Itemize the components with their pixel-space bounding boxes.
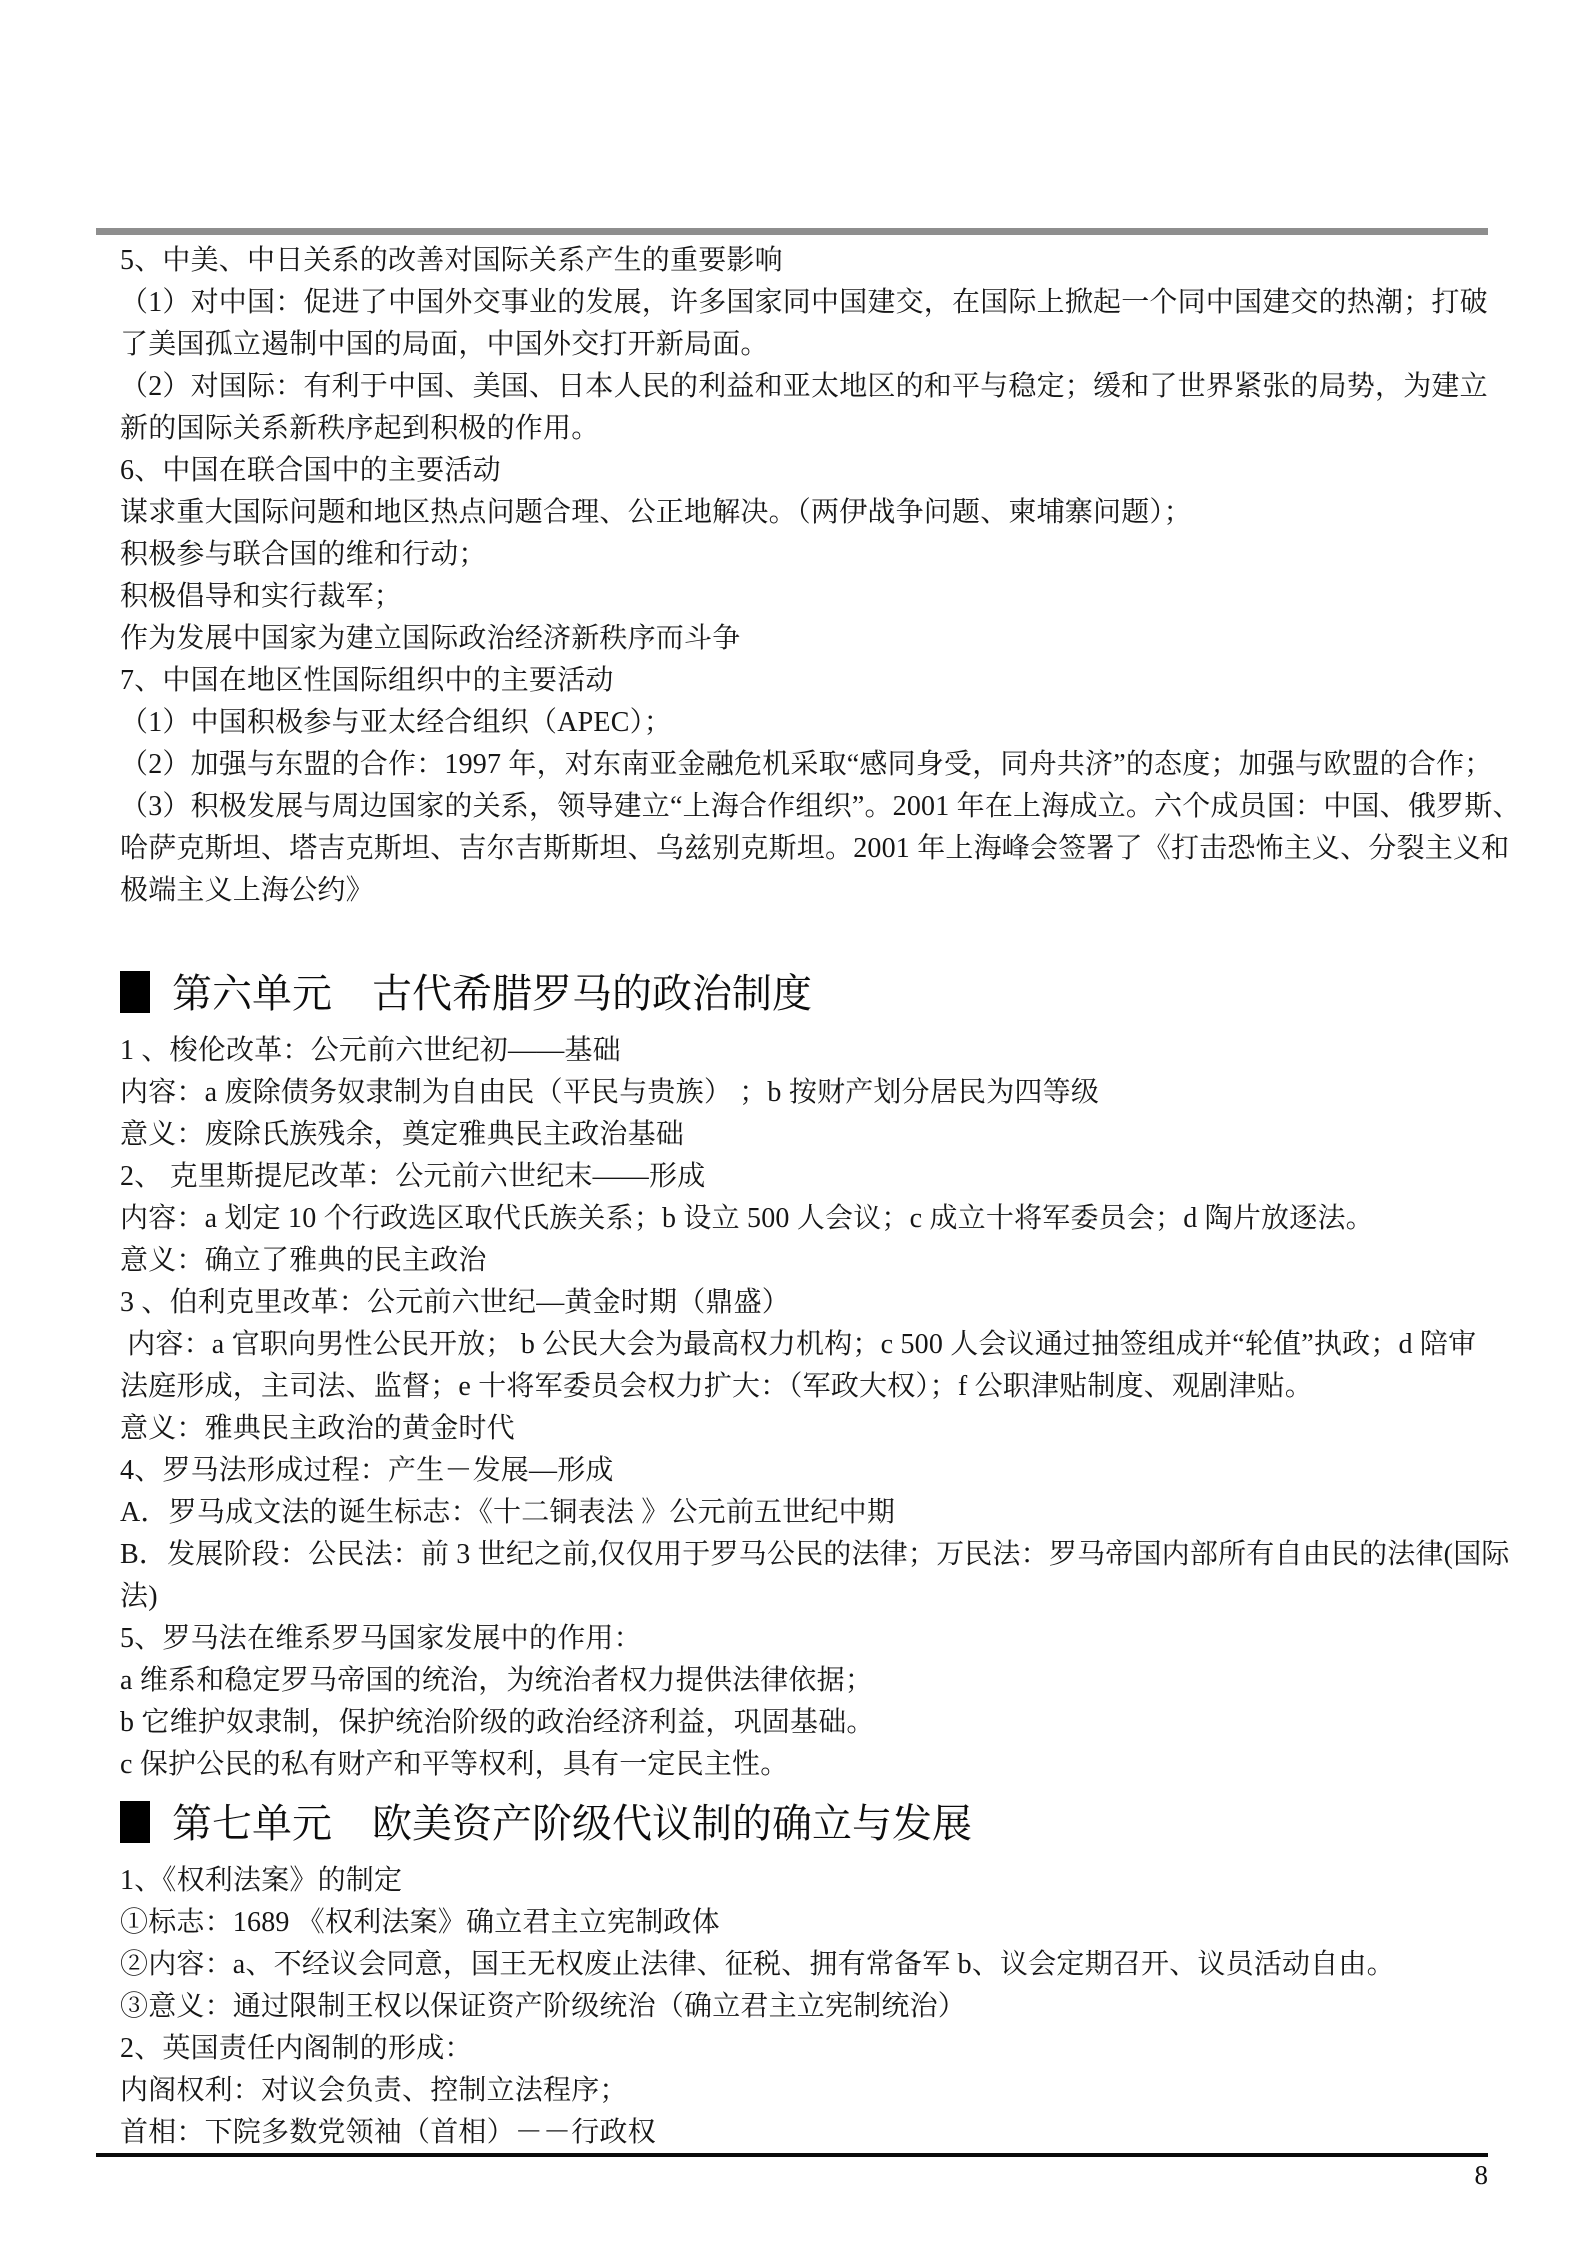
text-line: ③意义：通过限制王权以保证资产阶级统治（确立君主立宪制统治）	[120, 1986, 1500, 2028]
text-line: 6、中国在联合国中的主要活动	[120, 450, 1500, 492]
text-line: 首相：下院多数党领袖（首相）－－行政权	[120, 2112, 1500, 2154]
text-line: 2、 克里斯提尼改革：公元前六世纪末——形成	[120, 1156, 1500, 1198]
text-line: （1）对中国：促进了中国外交事业的发展，许多国家同中国建交，在国际上掀起一个同中…	[120, 282, 1500, 324]
text-line: 意义：确立了雅典的民主政治	[120, 1240, 1500, 1282]
text-line: 积极倡导和实行裁军；	[120, 576, 1500, 618]
text-line: 内阁权利：对议会负责、控制立法程序；	[120, 2070, 1500, 2112]
text-line: 3 、伯利克里改革：公元前六世纪—黄金时期（鼎盛）	[120, 1282, 1500, 1324]
text-line: ①标志：1689 《权利法案》确立君主立宪制政体	[120, 1902, 1500, 1944]
document-body: 5、中美、中日关系的改善对国际关系产生的重要影响（1）对中国：促进了中国外交事业…	[120, 240, 1500, 2154]
bottom-divider	[96, 2153, 1488, 2157]
text-line: 内容：a 划定 10 个行政选区取代氏族关系；b 设立 500 人会议；c 成立…	[120, 1198, 1500, 1240]
text-line: A．罗马成文法的诞生标志：《十二铜表法 》公元前五世纪中期	[120, 1492, 1500, 1534]
text-line: 内容：a 官职向男性公民开放； b 公民大会为最高权力机构；c 500 人会议通…	[120, 1324, 1500, 1366]
text-line: 5、罗马法在维系罗马国家发展中的作用：	[120, 1618, 1500, 1660]
section-heading: 第六单元 古代希腊罗马的政治制度	[120, 970, 1500, 1018]
text-line: （2）加强与东盟的合作：1997 年，对东南亚金融危机采取“感同身受，同舟共济”…	[120, 744, 1500, 786]
text-line: c 保护公民的私有财产和平等权利，具有一定民主性。	[120, 1744, 1500, 1786]
text-line: 内容：a 废除债务奴隶制为自由民（平民与贵族） ；b 按财产划分居民为四等级	[120, 1072, 1500, 1114]
text-line: 1 、梭伦改革：公元前六世纪初——基础	[120, 1030, 1500, 1072]
text-line: 2、英国责任内阁制的形成：	[120, 2028, 1500, 2070]
page-number: 8	[96, 2160, 1488, 2190]
section-bullet-icon	[120, 971, 150, 1013]
text-line: ②内容：a、不经议会同意，国王无权废止法律、征税、拥有常备军 b、议会定期召开、…	[120, 1944, 1500, 1986]
text-line: 5、中美、中日关系的改善对国际关系产生的重要影响	[120, 240, 1500, 282]
text-line: 7、中国在地区性国际组织中的主要活动	[120, 660, 1500, 702]
section-bullet-icon	[120, 1801, 150, 1843]
text-line: （1）中国积极参与亚太经合组织（APEC）；	[120, 702, 1500, 744]
text-line: 作为发展中国家为建立国际政治经济新秩序而斗争	[120, 618, 1500, 660]
text-line: 1、《权利法案》的制定	[120, 1860, 1500, 1902]
text-line: b 它维护奴隶制，保护统治阶级的政治经济利益，巩固基础。	[120, 1702, 1500, 1744]
text-line: a 维系和稳定罗马帝国的统治，为统治者权力提供法律依据；	[120, 1660, 1500, 1702]
text-line: 积极参与联合国的维和行动；	[120, 534, 1500, 576]
text-line: 了美国孤立遏制中国的局面，中国外交打开新局面。	[120, 324, 1500, 366]
section-title: 第六单元 古代希腊罗马的政治制度	[172, 971, 812, 1016]
text-line: 4、罗马法形成过程：产生－发展—形成	[120, 1450, 1500, 1492]
text-line: 哈萨克斯坦、塔吉克斯坦、吉尔吉斯斯坦、乌兹别克斯坦。2001 年上海峰会签署了《…	[120, 828, 1500, 870]
text-line: （3）积极发展与周边国家的关系，领导建立“上海合作组织”。2001 年在上海成立…	[120, 786, 1500, 828]
top-divider	[96, 228, 1488, 235]
text-line: （2）对国际：有利于中国、美国、日本人民的利益和亚太地区的和平与稳定；缓和了世界…	[120, 366, 1500, 408]
section-title: 第七单元 欧美资产阶级代议制的确立与发展	[172, 1801, 972, 1846]
document-page: 5、中美、中日关系的改善对国际关系产生的重要影响（1）对中国：促进了中国外交事业…	[0, 0, 1587, 2245]
text-line: 新的国际关系新秩序起到积极的作用。	[120, 408, 1500, 450]
text-line: B．发展阶段：公民法：前 3 世纪之前,仅仅用于罗马公民的法律；万民法：罗马帝国…	[120, 1534, 1500, 1576]
text-line: 法庭形成，主司法、监督；e 十将军委员会权力扩大：（军政大权）；f 公职津贴制度…	[120, 1366, 1500, 1408]
text-line: 意义：雅典民主政治的黄金时代	[120, 1408, 1500, 1450]
text-line: 谋求重大国际问题和地区热点问题合理、公正地解决。（两伊战争问题、柬埔寨问题）；	[120, 492, 1500, 534]
section-heading: 第七单元 欧美资产阶级代议制的确立与发展	[120, 1800, 1500, 1848]
text-line: 法)	[120, 1576, 1500, 1618]
text-line: 意义：废除氏族残余，奠定雅典民主政治基础	[120, 1114, 1500, 1156]
text-line: 极端主义上海公约》	[120, 870, 1500, 912]
